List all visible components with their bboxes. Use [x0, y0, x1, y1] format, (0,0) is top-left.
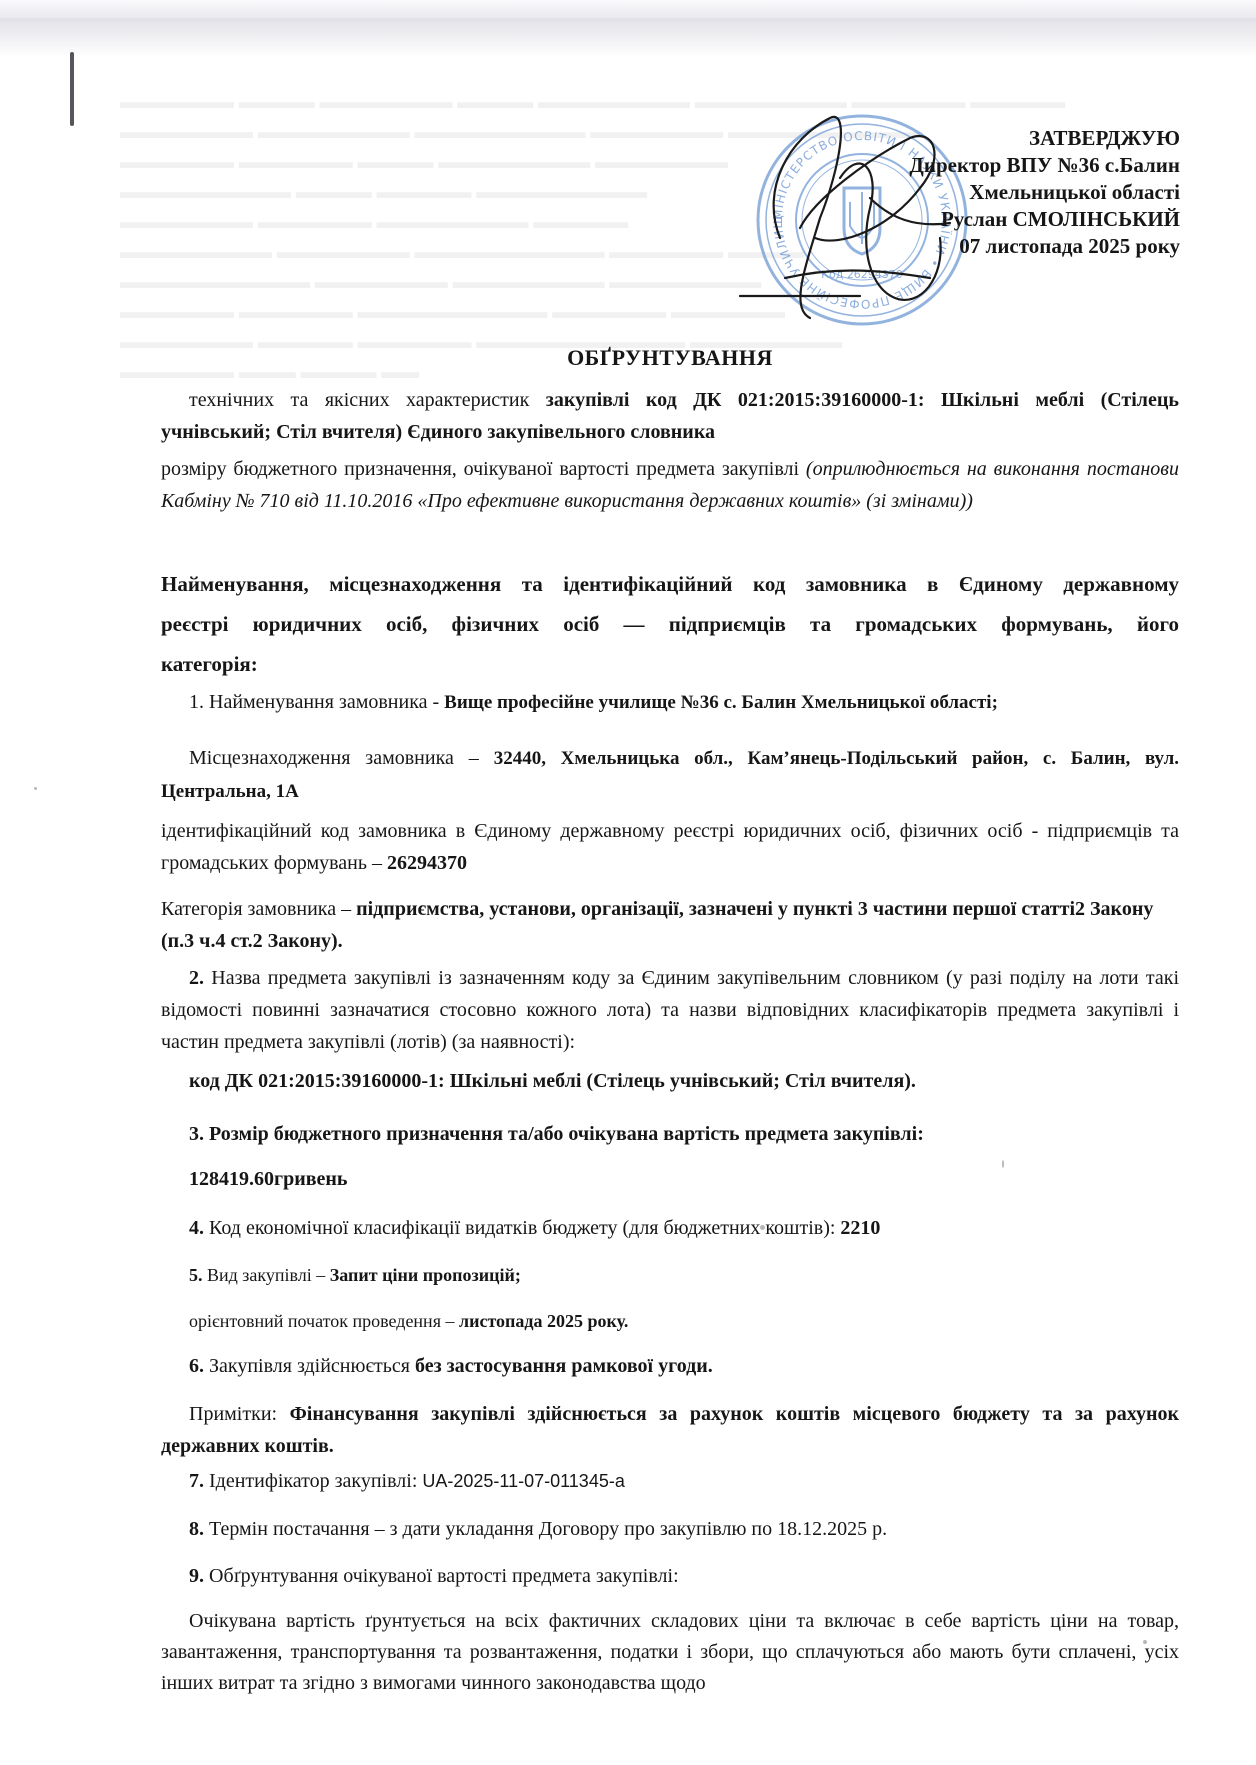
item-number: 5.: [189, 1265, 203, 1285]
approval-position: Директор ВПУ №36 с.Балин: [909, 152, 1180, 179]
item-procurement-type: 5. Вид закупівлі – Запит ціни пропозицій…: [189, 1259, 1179, 1291]
item-subject-label: Назва предмета закупівлі із зазначенням …: [161, 967, 1179, 1053]
item-procurement-type-label: Вид закупівлі –: [203, 1265, 330, 1285]
item-econ-code: 4. Код економічної класифікації видатків…: [189, 1212, 1179, 1244]
item-framework: 6. Закупівля здійснюється без застосуван…: [189, 1350, 1179, 1382]
scan-speck: [34, 787, 37, 790]
item-number: 4.: [189, 1217, 204, 1239]
customer-location: Місцезнаходження замовника – 32440, Хмел…: [161, 742, 1179, 808]
item-justification-label: Обґрунтування очікуваної вартості предме…: [204, 1565, 679, 1587]
scan-speck: [1143, 1640, 1147, 1644]
scan-speck: [1002, 1160, 1004, 1168]
item-number: 8.: [189, 1518, 204, 1540]
item-notes-value: Фінансування закупівлі здійснюється за р…: [161, 1403, 1179, 1457]
item-identifier-value: UA-2025-11-07-011345-a: [422, 1471, 624, 1491]
justification-text: Очікувана вартість ґрунтується на всіх ф…: [161, 1606, 1179, 1699]
item-econ-code-value: 2210: [840, 1217, 880, 1239]
approval-heading: ЗАТВЕРДЖУЮ: [909, 125, 1180, 152]
item-identifier-label: Ідентифікатор закупівлі:: [204, 1470, 422, 1492]
item-delivery-label: Термін постачання – з дати укладання Дог…: [204, 1518, 887, 1540]
scan-speck: [760, 1225, 765, 1230]
item-number: 6.: [189, 1355, 204, 1377]
approval-date: 07 листопада 2025 року: [909, 233, 1180, 260]
item-framework-value: без застосування рамкової угоди.: [415, 1355, 713, 1377]
item-justification: 9. Обґрунтування очікуваної вартості пре…: [189, 1560, 1179, 1592]
item-econ-code-label: Код економічної класифікації видатків бю…: [204, 1217, 840, 1239]
item-budget-value: 128419.60гривень: [189, 1163, 1179, 1195]
document-title: ОБҐРУНТУВАННЯ: [161, 342, 1179, 374]
subtitle-paragraph: технічних та якісних характеристик закуп…: [161, 384, 1179, 448]
item-number: 9.: [189, 1565, 204, 1587]
approval-region: Хмельницької області: [909, 179, 1180, 206]
item-delivery: 8. Термін постачання – з дати укладання …: [189, 1513, 1179, 1545]
item-start-label: орієнтовний початок проведення –: [189, 1311, 459, 1331]
customer-code-label: ідентифікаційний код замовника в Єдиному…: [161, 820, 1179, 874]
scan-shadow: [0, 18, 1256, 58]
item-identifier: 7. Ідентифікатор закупівлі: UA-2025-11-0…: [189, 1465, 1179, 1497]
item-procurement-type-value: Запит ціни пропозицій;: [330, 1265, 521, 1285]
customer-name-value: Вище професійне училище №36 с. Балин Хме…: [444, 692, 998, 713]
subtitle-budget-text: розміру бюджетного призначення, очікуван…: [161, 458, 806, 480]
customer-name-label: 1. Найменування замовника -: [189, 691, 444, 713]
customer-category-label: Категорія замовника –: [161, 898, 356, 920]
subtitle-budget-paragraph: розміру бюджетного призначення, очікуван…: [161, 453, 1179, 517]
customer-code: ідентифікаційний код замовника в Єдиному…: [161, 815, 1179, 879]
item-notes: Примітки: Фінансування закупівлі здійсню…: [161, 1398, 1179, 1462]
item-start: орієнтовний початок проведення – листопа…: [189, 1305, 1179, 1337]
customer-category: Категорія замовника – підприємства, уста…: [161, 893, 1179, 957]
customer-location-label: Місцезнаходження замовника –: [189, 747, 494, 769]
item-subject: 2. Назва предмета закупівлі із зазначенн…: [161, 962, 1179, 1058]
item-framework-label: Закупівля здійснюється: [204, 1355, 415, 1377]
approval-name: Руслан СМОЛІНСЬКИЙ: [909, 206, 1180, 233]
item-subject-value: код ДК 021:2015:39160000-1: Шкільні мебл…: [189, 1065, 1179, 1097]
customer-heading: Найменування, місцезнаходження та іденти…: [161, 564, 1179, 684]
subtitle-text: технічних та якісних характеристик: [189, 389, 546, 411]
item-start-value: листопада 2025 року.: [459, 1311, 628, 1331]
staple-mark: [70, 52, 74, 126]
item-notes-label: Примітки:: [189, 1403, 290, 1425]
customer-name: 1. Найменування замовника - Вище професі…: [161, 686, 1179, 719]
item-budget-label: 3. Розмір бюджетного призначення та/або …: [189, 1118, 1179, 1150]
customer-code-value: 26294370: [387, 852, 467, 874]
approval-block: ЗАТВЕРДЖУЮ Директор ВПУ №36 с.Балин Хмел…: [909, 125, 1180, 260]
item-number: 7.: [189, 1470, 204, 1492]
item-number: 2.: [189, 967, 204, 989]
